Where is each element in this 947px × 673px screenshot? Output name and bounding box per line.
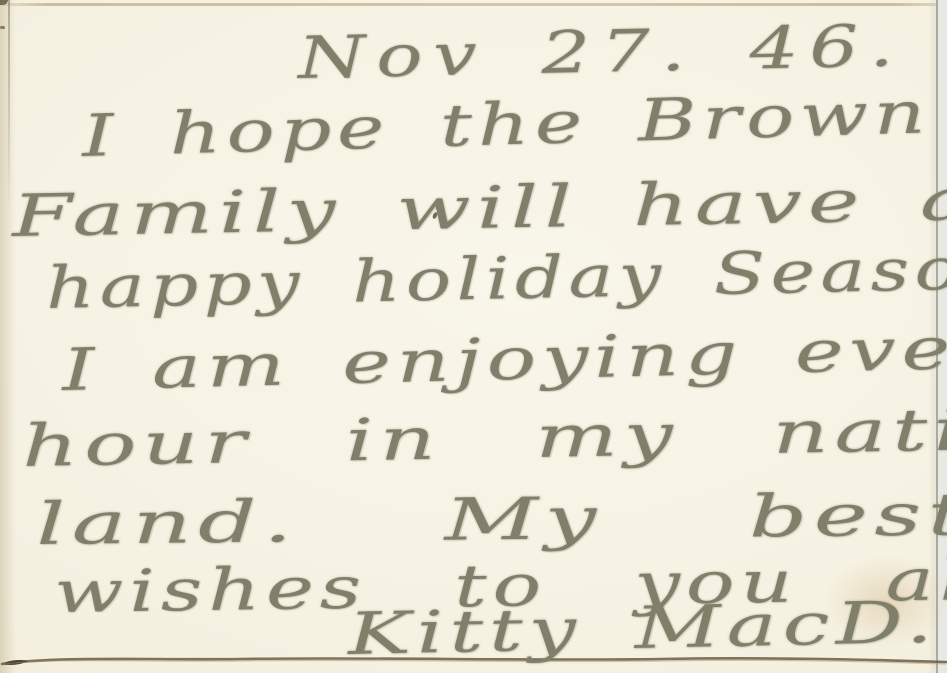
- note-line-1: I hope the Brown: [81, 78, 932, 170]
- date-line: Nov 27. 46.: [297, 11, 905, 92]
- note-line-6: land. My best: [36, 480, 947, 558]
- paper-left-fold-line: [8, 0, 10, 215]
- signature-line: Kitty MacD.: [347, 588, 938, 668]
- note-line-4: I am enjoying every: [61, 312, 947, 404]
- note-line-5: hour in my native: [21, 394, 947, 480]
- paper-top-crease: [0, 3, 947, 6]
- paper-edge-speck: [0, 26, 5, 29]
- note-paper: Nov 27. 46. I hope the Brown Family will…: [0, 0, 947, 673]
